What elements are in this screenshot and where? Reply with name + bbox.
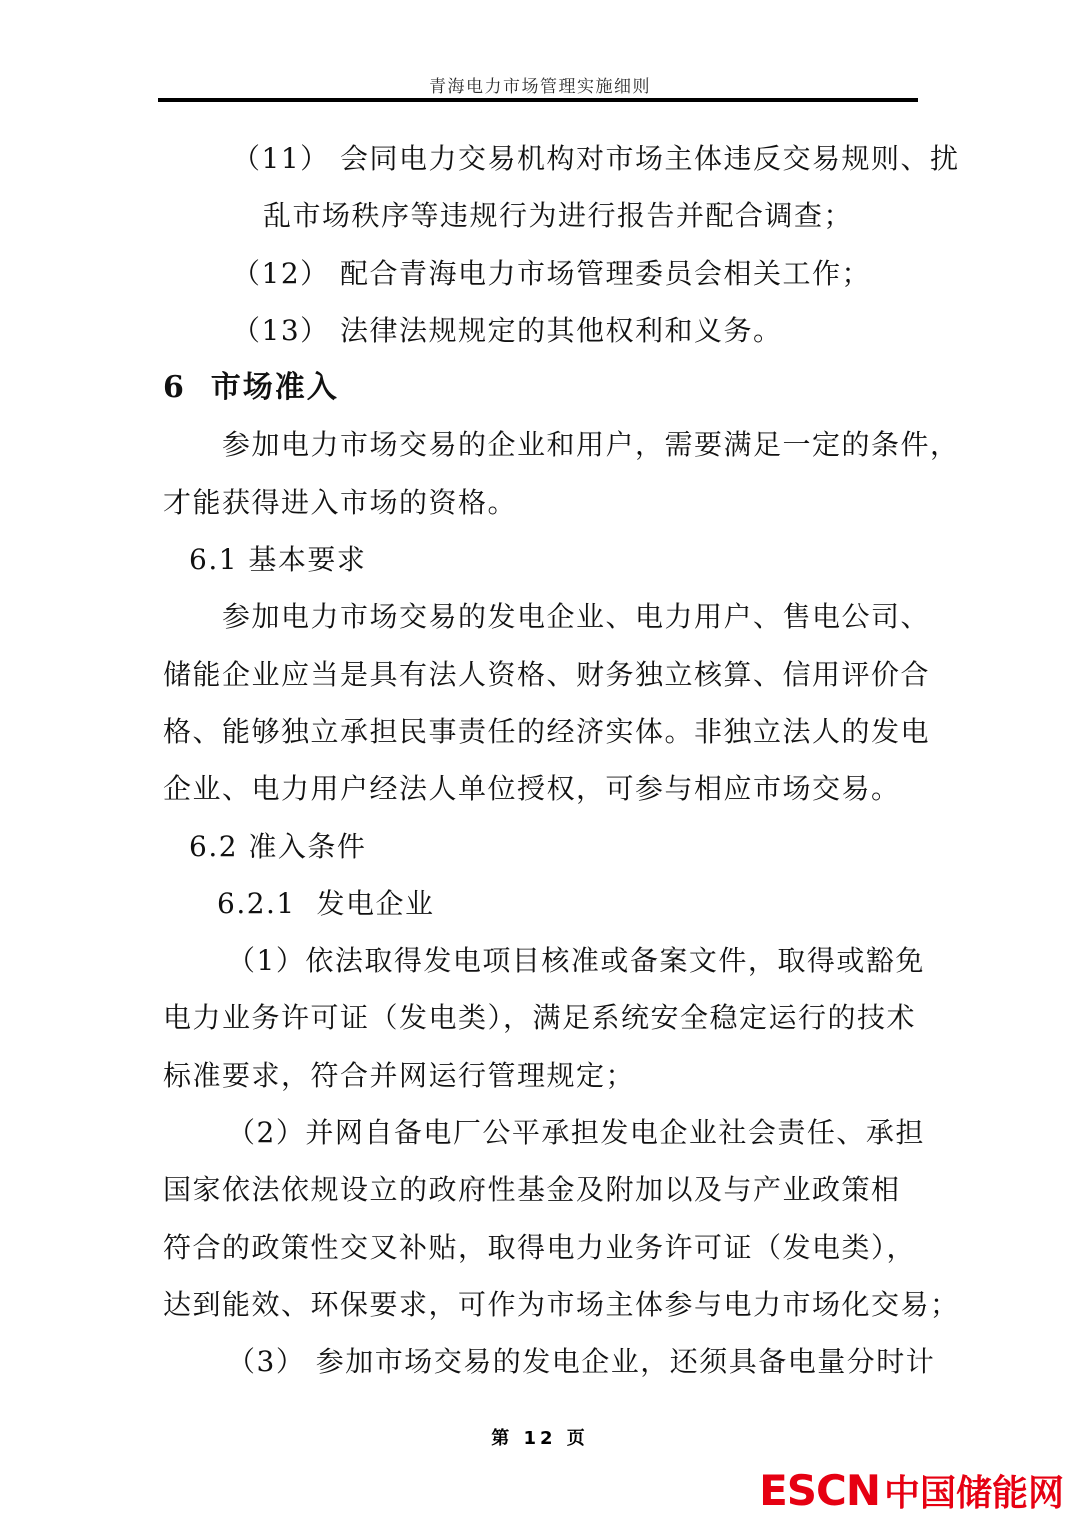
escn-logo: ESCN 中国储能网 — [759, 1465, 1064, 1516]
text-line: 才能获得进入市场的资格。 — [163, 474, 963, 531]
escn-logo-chinese: 中国储能网 — [884, 1465, 1064, 1516]
text-line: 6.2.1 发电企业 — [163, 875, 963, 932]
text-line: （1）依法取得发电项目核准或备案文件，取得或豁免 — [163, 932, 963, 989]
text-line: 参加电力市场交易的企业和用户，需要满足一定的条件， — [163, 416, 963, 473]
text-line: （3） 参加市场交易的发电企业，还须具备电量分时计 — [163, 1333, 963, 1390]
text-line: 储能企业应当是具有法人资格、财务独立核算、信用评价合 — [163, 646, 963, 703]
text-line: 标准要求，符合并网运行管理规定； — [163, 1047, 963, 1104]
page-number: 第 12 页 — [0, 1424, 1080, 1450]
document-page: 青海电力市场管理实施细则 （11） 会同电力交易机构对市场主体违反交易规则、扰乱… — [0, 0, 1080, 1527]
page-header-title: 青海电力市场管理实施细则 — [0, 72, 1080, 97]
text-line: 电力业务许可证（发电类），满足系统安全稳定运行的技术 — [163, 989, 963, 1046]
text-line: 6.1 基本要求 — [163, 531, 963, 588]
text-line: 符合的政策性交叉补贴，取得电力业务许可证（发电类）， — [163, 1219, 963, 1276]
text-line: 参加电力市场交易的发电企业、电力用户、售电公司、 — [163, 588, 963, 645]
text-line: （2）并网自备电厂公平承担发电企业社会责任、承担 — [163, 1104, 963, 1161]
text-line: 乱市场秩序等违规行为进行报告并配合调查； — [163, 187, 963, 244]
text-line: 格、能够独立承担民事责任的经济实体。非独立法人的发电 — [163, 703, 963, 760]
text-line: 企业、电力用户经法人单位授权，可参与相应市场交易。 — [163, 760, 963, 817]
text-line: （13） 法律法规规定的其他权利和义务。 — [163, 302, 963, 359]
text-line: 6 市场准入 — [163, 359, 963, 416]
document-body: （11） 会同电力交易机构对市场主体违反交易规则、扰乱市场秩序等违规行为进行报告… — [163, 130, 963, 1391]
text-line: 达到能效、环保要求，可作为市场主体参与电力市场化交易； — [163, 1276, 963, 1333]
text-line: 6.2 准入条件 — [163, 818, 963, 875]
escn-logo-latin: ESCN — [759, 1466, 880, 1515]
header-rule — [158, 98, 918, 102]
text-line: 国家依法依规设立的政府性基金及附加以及与产业政策相 — [163, 1161, 963, 1218]
text-line: （11） 会同电力交易机构对市场主体违反交易规则、扰 — [163, 130, 963, 187]
text-line: （12） 配合青海电力市场管理委员会相关工作； — [163, 245, 963, 302]
